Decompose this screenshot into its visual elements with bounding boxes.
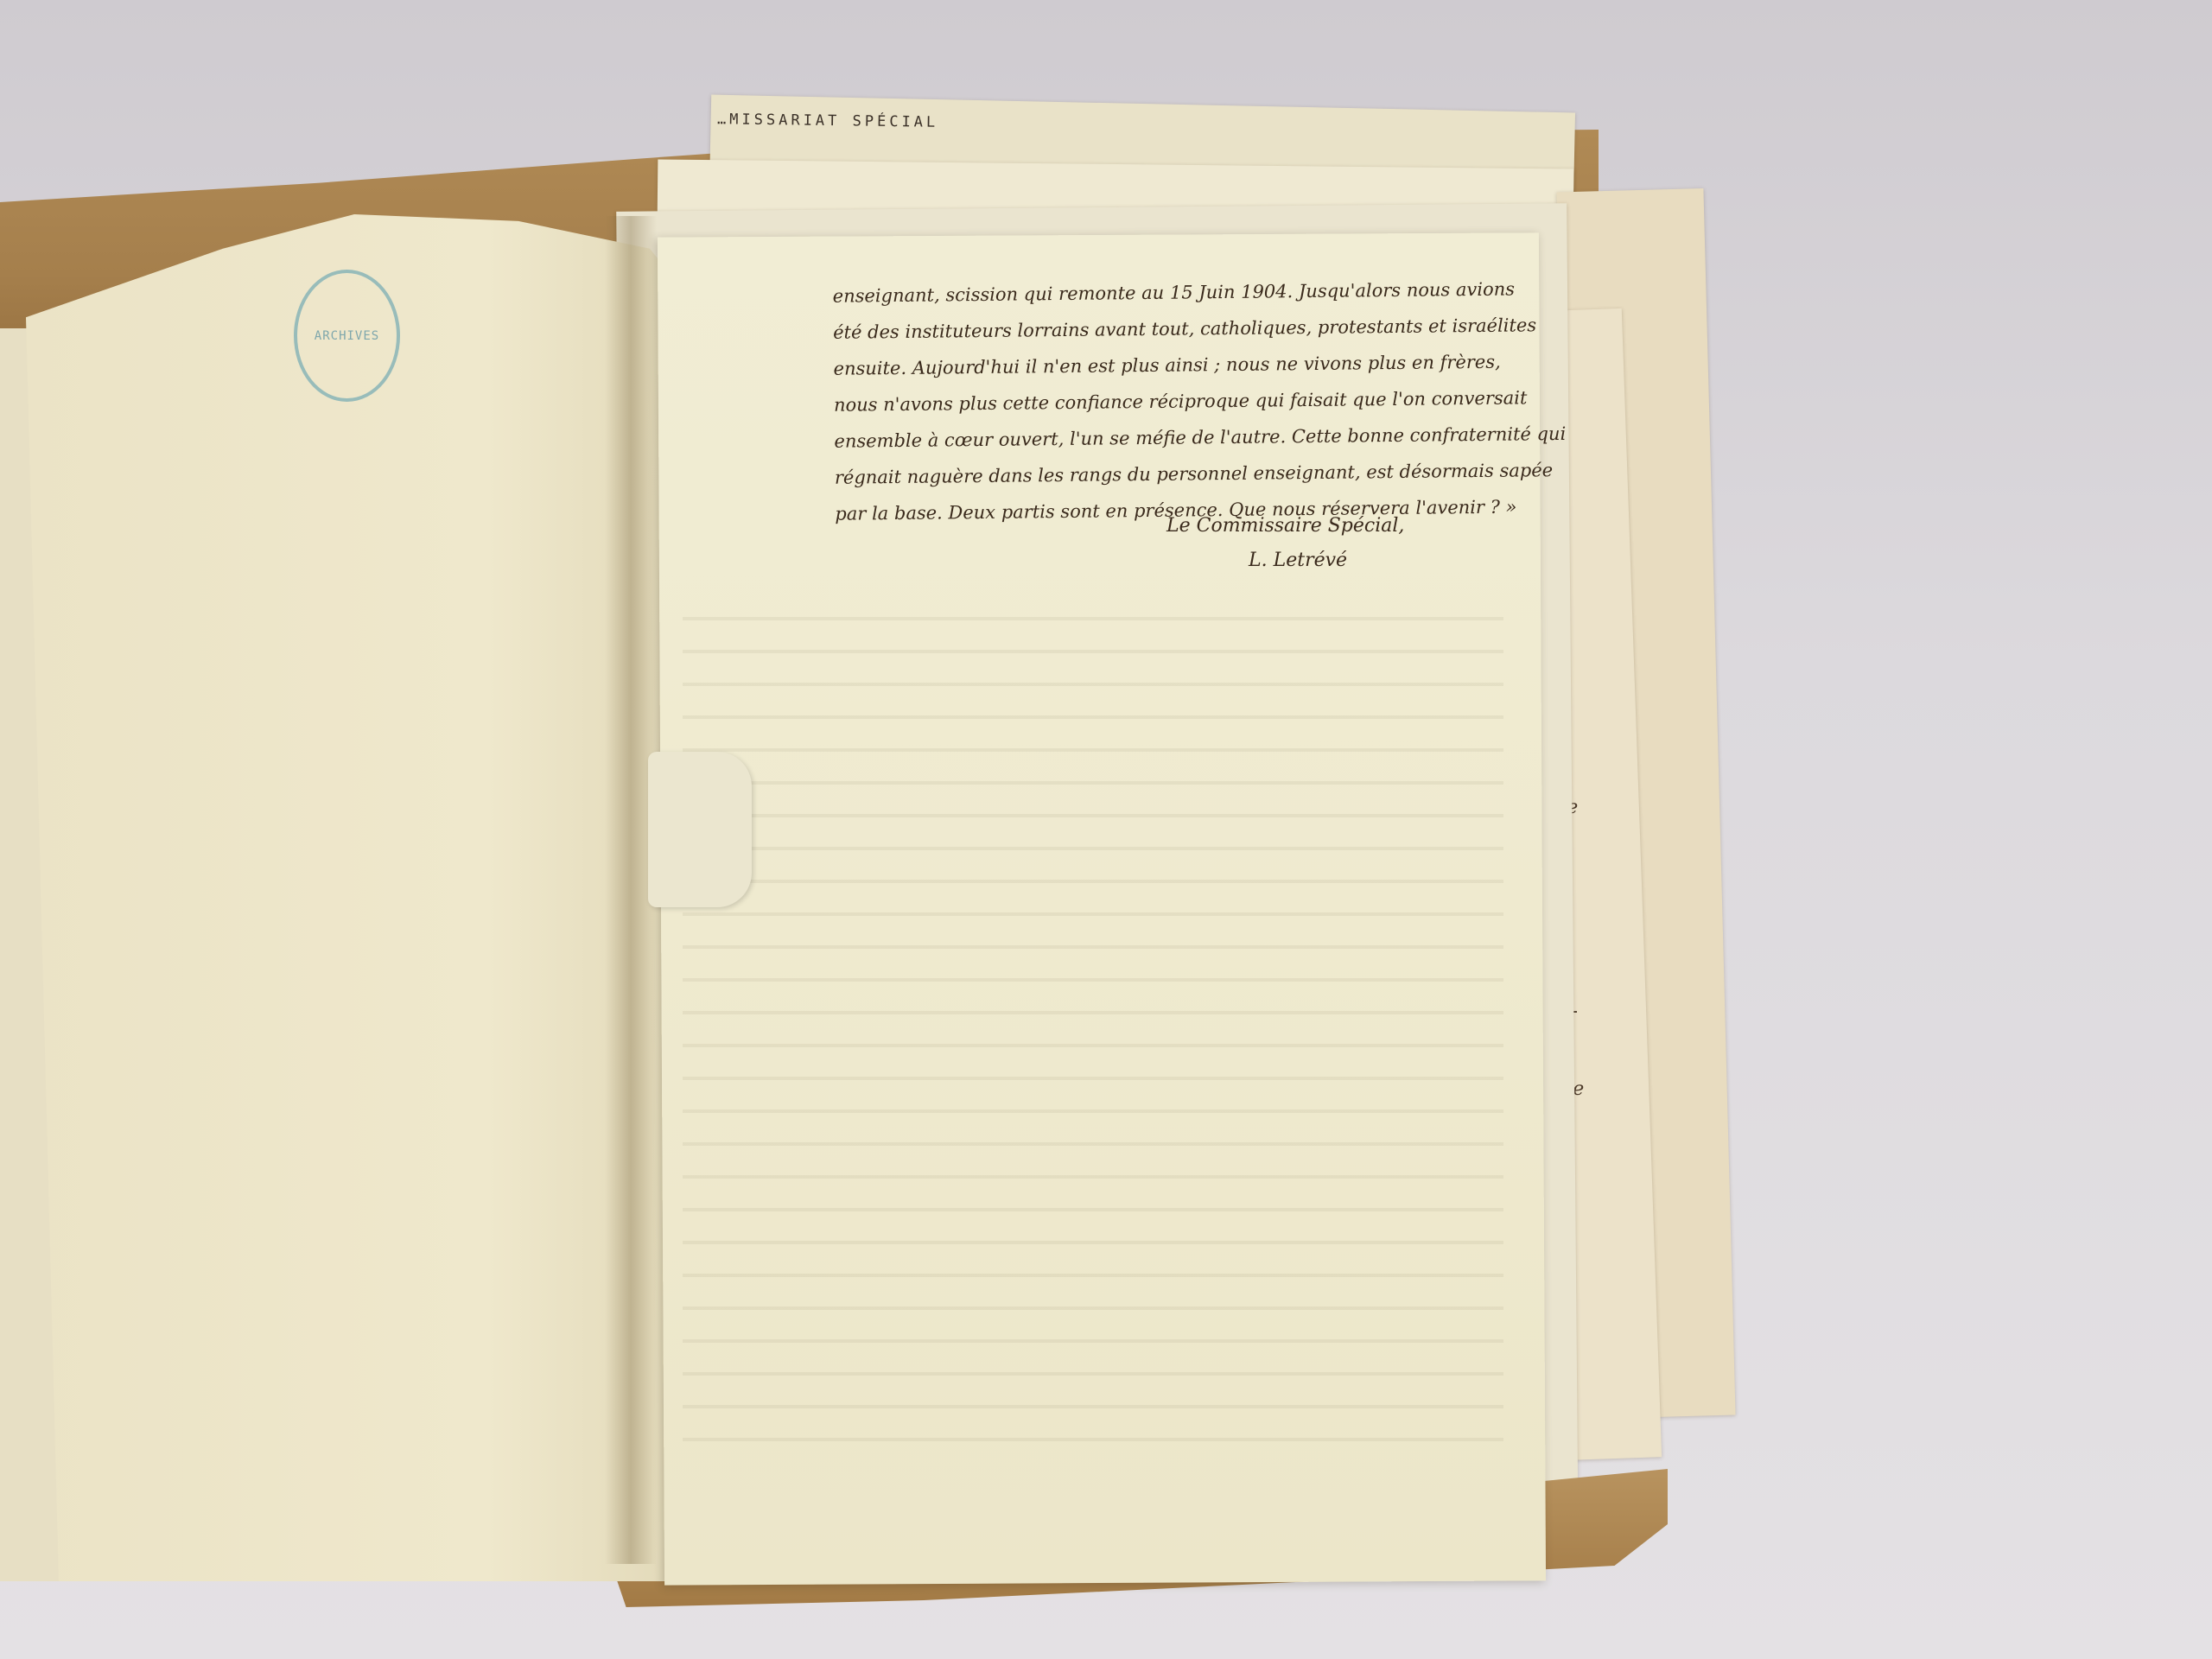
signature-name: L. Letrévé (1249, 550, 1347, 571)
bleed-through-text (683, 588, 1503, 1452)
document-header-stamp: …MISSARIAT SPÉCIAL (717, 111, 938, 131)
torn-paper-flap (648, 752, 752, 907)
letter-line: ensemble à cœur ouvert, l'un se méfie de… (834, 416, 1456, 460)
letter-line: été des instituteurs lorrains avant tout… (833, 308, 1455, 351)
letter-line: régnait naguère dans les rangs du person… (835, 453, 1457, 496)
archive-stamp-icon: ARCHIVES (294, 270, 400, 402)
signature-title: Le Commissaire Spécial, (1166, 515, 1404, 537)
handwritten-letter-body: enseignant, scission qui remonte au 15 J… (832, 271, 1457, 532)
letter-line: nous n'avons plus cette confiance récipr… (834, 380, 1456, 423)
left-page (26, 207, 683, 1581)
letter-line: ensuite. Aujourd'hui il n'en est plus ai… (833, 344, 1455, 387)
letter-line: enseignant, scission qui remonte au 15 J… (832, 271, 1454, 315)
stamp-text: ARCHIVES (315, 329, 379, 343)
